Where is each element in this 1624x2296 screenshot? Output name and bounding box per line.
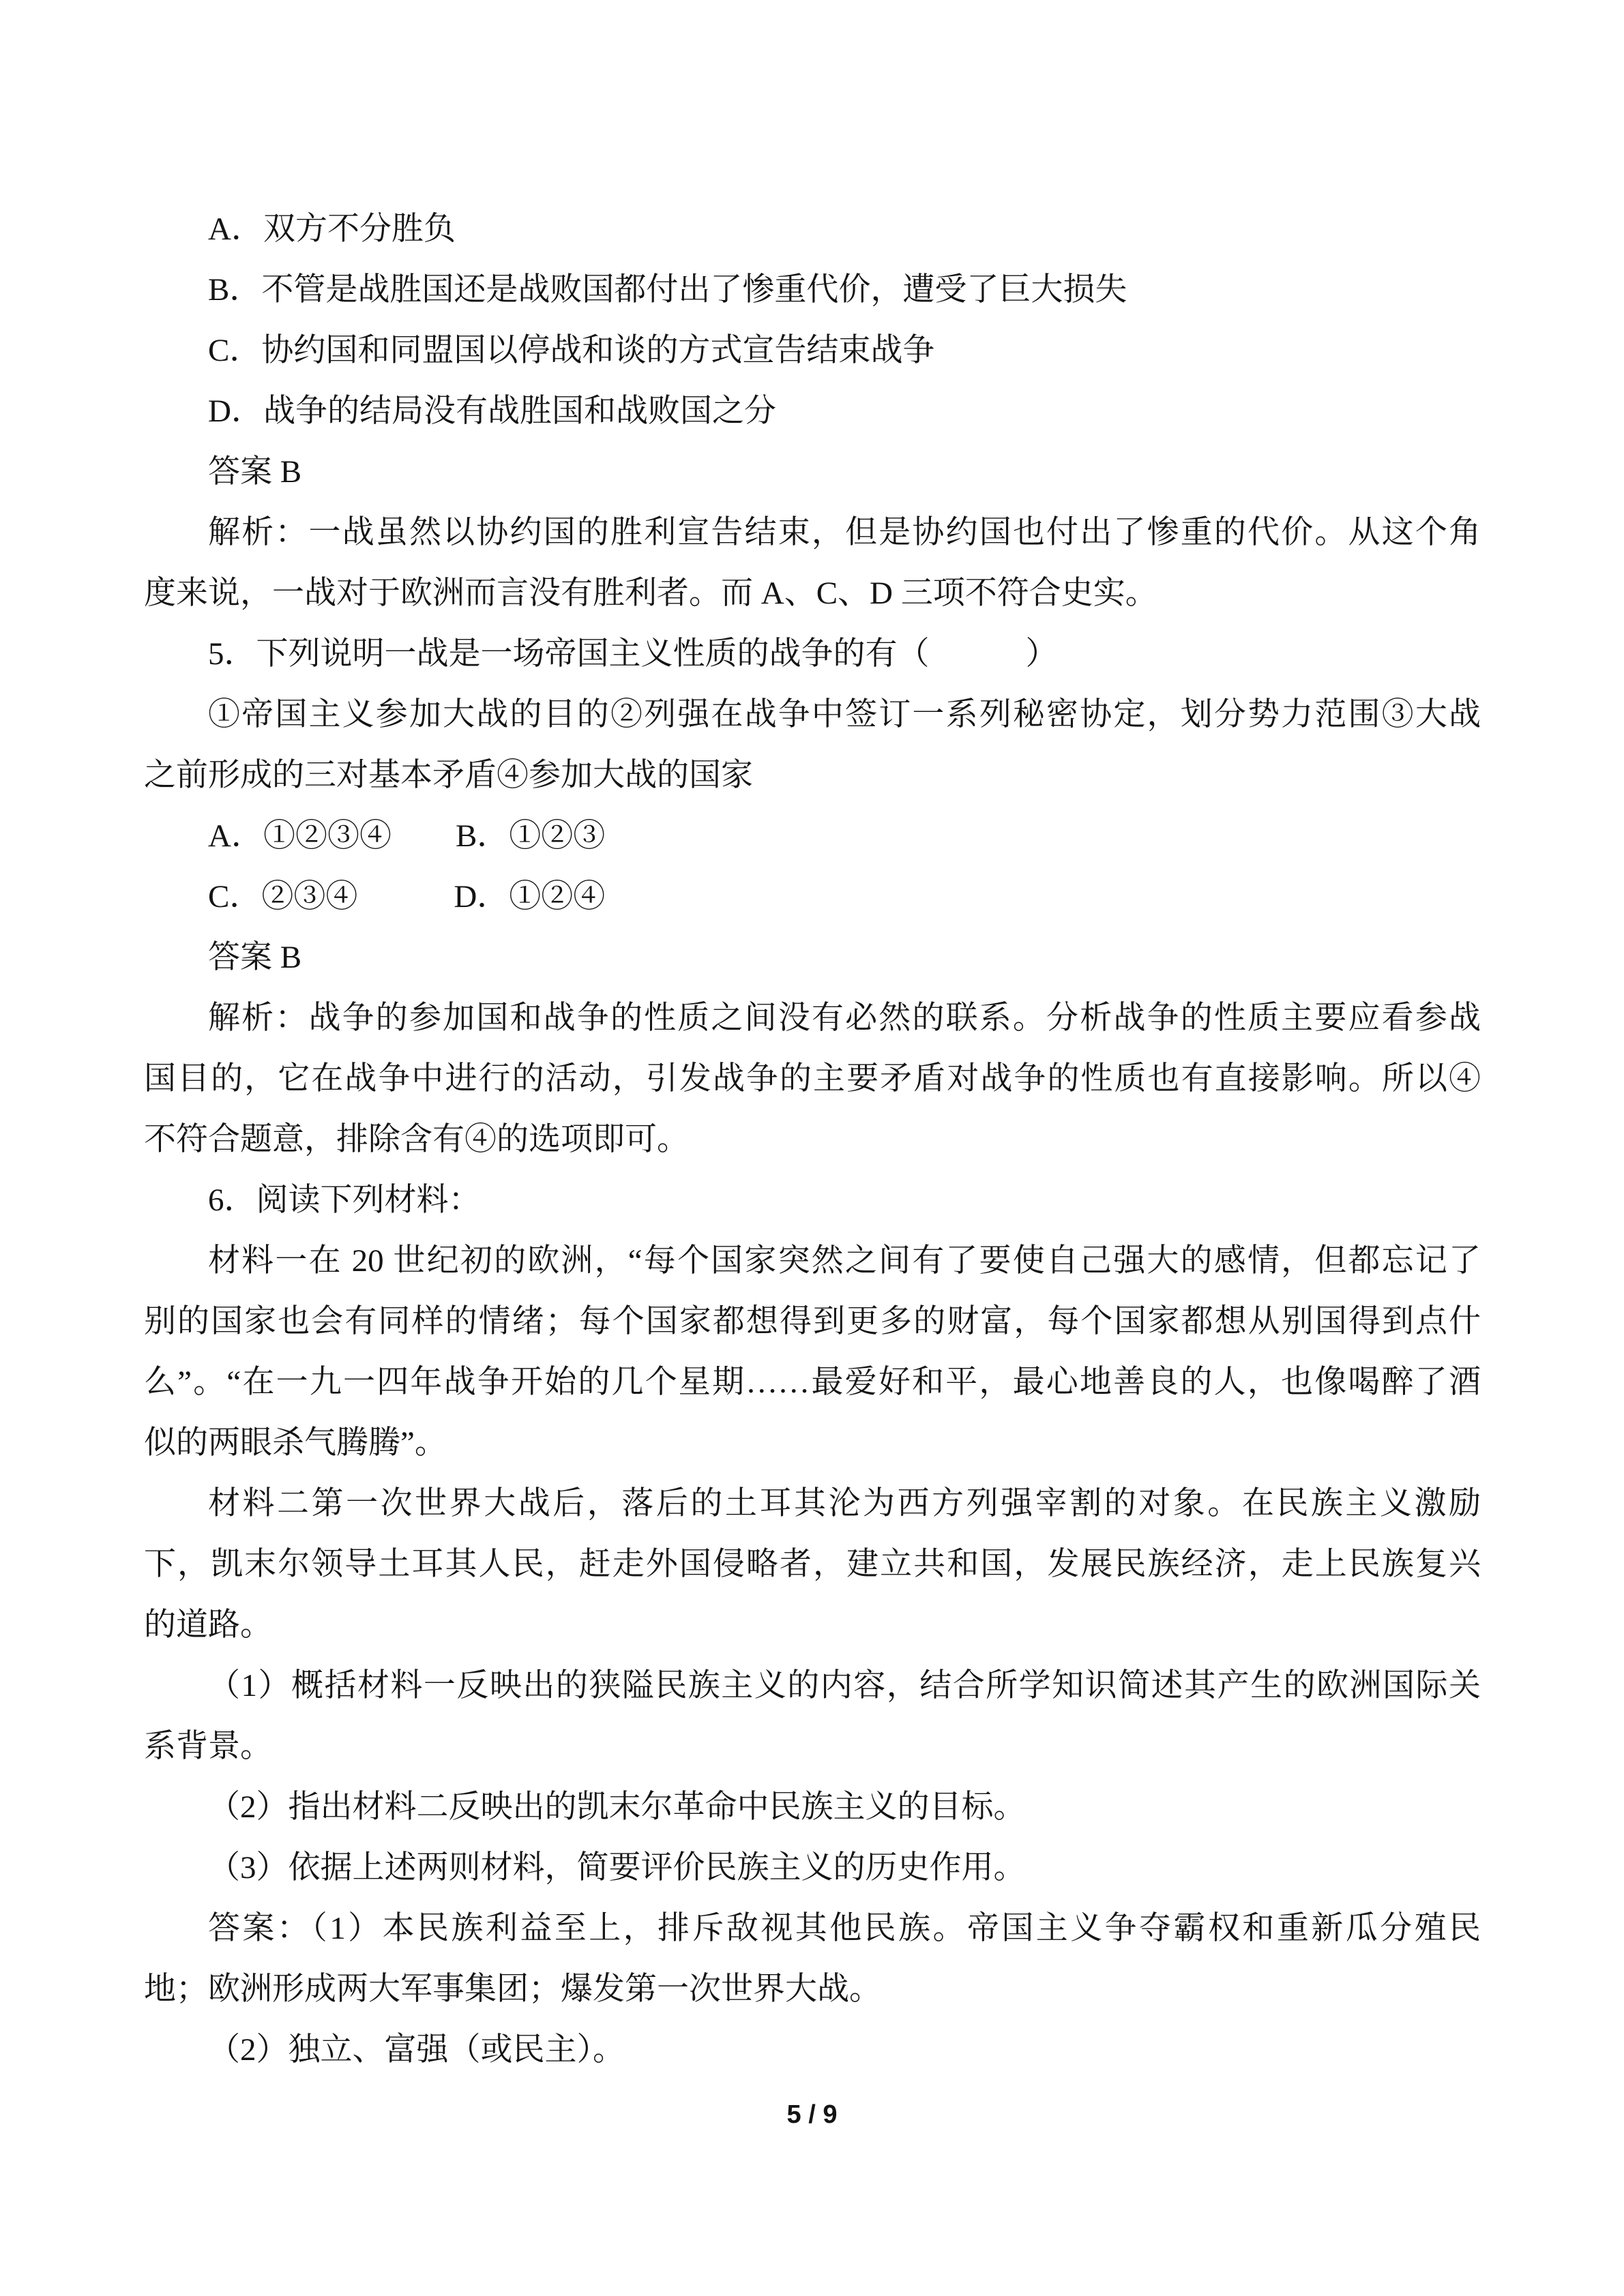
answer-q6-line-1: 答案：（1）本民族利益至上，排斥敌视其他民族。帝国主义争夺霸权和重新瓜分殖民: [144, 1898, 1481, 1959]
subquestion-3: （3）依据上述两则材料，简要评价民族主义的历史作用。: [144, 1838, 1481, 1898]
document-page: A．双方不分胜负 B．不管是战胜国还是战败国都付出了惨重代价，遭受了巨大损失 C…: [0, 0, 1624, 2296]
subquestion-1-line-1: （1）概括材料一反映出的狭隘民族主义的内容，结合所学知识简述其产生的欧洲国际关: [144, 1656, 1481, 1716]
material-2-line-1: 材料二第一次世界大战后，落后的土耳其沦为西方列强宰割的对象。在民族主义激励: [144, 1474, 1481, 1534]
question-5-options-cd: C．②③④ D．①②④: [144, 867, 1481, 927]
subquestion-1-line-2: 系背景。: [144, 1716, 1481, 1777]
analysis-q5-line-3: 不符合题意，排除含有④的选项即可。: [144, 1109, 1481, 1170]
document-body: A．双方不分胜负 B．不管是战胜国还是战败国都付出了惨重代价，遭受了巨大损失 C…: [144, 199, 1481, 2081]
question-6-stem: 6．阅读下列材料：: [144, 1170, 1481, 1231]
analysis-q5-line-2: 国目的，它在战争中进行的活动，引发战争的主要矛盾对战争的性质也有直接影响。所以④: [144, 1049, 1481, 1109]
option-c-q4: C．协约国和同盟国以停战和谈的方式宣告结束战争: [144, 320, 1481, 381]
analysis-q4-line-1: 解析：一战虽然以协约国的胜利宣告结束，但是协约国也付出了惨重的代价。从这个角: [144, 503, 1481, 563]
question-5-items-line-1: ①帝国主义参加大战的目的②列强在战争中签订一系列秘密协定，划分势力范围③大战: [144, 685, 1481, 745]
option-d-q4: D．战争的结局没有战胜国和战败国之分: [144, 381, 1481, 442]
analysis-q5-line-1: 解析：战争的参加国和战争的性质之间没有必然的联系。分析战争的性质主要应看参战: [144, 988, 1481, 1049]
question-5-options-ab: A．①②③④ B．①②③: [144, 806, 1481, 867]
option-a-q4: A．双方不分胜负: [144, 199, 1481, 260]
answer-q5: 答案 B: [144, 927, 1481, 988]
answer-q4: 答案 B: [144, 442, 1481, 503]
question-5-stem: 5．下列说明一战是一场帝国主义性质的战争的有（ ）: [144, 624, 1481, 685]
material-1-line-2: 别的国家也会有同样的情绪；每个国家都想得到更多的财富，每个国家都想从别国得到点什: [144, 1292, 1481, 1352]
answer-q6-line-2: 地；欧洲形成两大军事集团；爆发第一次世界大战。: [144, 1959, 1481, 2020]
material-1-line-1: 材料一在 20 世纪初的欧洲，“每个国家突然之间有了要使自己强大的感情，但都忘记…: [144, 1231, 1481, 1292]
analysis-q4-line-2: 度来说，一战对于欧洲而言没有胜利者。而 A、C、D 三项不符合史实。: [144, 563, 1481, 624]
option-b-q4: B．不管是战胜国还是战败国都付出了惨重代价，遭受了巨大损失: [144, 260, 1481, 320]
page-number: 5 / 9: [0, 2096, 1624, 2133]
question-5-items-line-2: 之前形成的三对基本矛盾④参加大战的国家: [144, 745, 1481, 806]
material-2-line-2: 下，凯末尔领导土耳其人民，赶走外国侵略者，建立共和国，发展民族经济，走上民族复兴: [144, 1534, 1481, 1595]
material-1-line-3: 么”。“在一九一四年战争开始的几个星期……最爱好和平，最心地善良的人，也像喝醉了…: [144, 1352, 1481, 1413]
material-1-line-4: 似的两眼杀气腾腾”。: [144, 1413, 1481, 1474]
material-2-line-3: 的道路。: [144, 1595, 1481, 1656]
subquestion-2: （2）指出材料二反映出的凯末尔革命中民族主义的目标。: [144, 1777, 1481, 1838]
answer-q6-line-3: （2）独立、富强（或民主）。: [144, 2020, 1481, 2081]
